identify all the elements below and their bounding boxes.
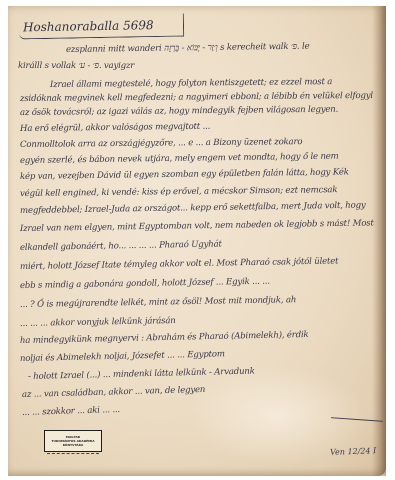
handwritten-line: ebb s mindig a gabonára gondoll, holott … [20,277,270,291]
handwritten-line: elkandell gabonáért, ho... ... ... ... P… [20,239,222,253]
handwritten-line: Ha erő elégrül, akkor valóságos megvajto… [20,122,210,134]
library-stamp: MAGYAR TUDOMÁNYOS AKADÉMIA KÖNYVTÁRA [44,430,102,452]
stamp-line: KÖNYVTÁRA [63,443,84,447]
bottom-note: Ven 12/24 I [330,446,377,457]
handwritten-line: egyén szerlé, és bábon nevek utjára, mel… [20,152,339,166]
handwritten-line: királll s vollak פ׳ - ע׳. vayigzr [18,60,134,71]
header-label: Hoshanoraballa 5698 [19,14,184,40]
handwritten-line: megfeddebbel; Izrael-Juda az országot...… [20,201,366,216]
handwritten-line: ... ... ... akkor vonyjuk lelkünk járásá… [20,316,176,329]
handwritten-line: végül kell engined, ki vendé: kiss ép er… [20,185,337,199]
handwritten-line: ... ... szokkor ... aki ... ... [22,405,120,418]
handwritten-line: ezsplanni mitt wanderi וְ׳זַר - יָּבּוֹא… [66,41,310,55]
handwritten-line: zsidóknak megvinek kell megfedezni; a na… [20,91,373,104]
handwritten-line: Conmolltolok arra az országjégyzőre, ...… [20,137,302,150]
handwritten-line: Izrael állami megtestelé, hogy folyton k… [50,77,332,90]
handwritten-line: miért, holott József Itate témyleg akkor… [20,256,339,272]
handwritten-line: az ősök továcsról; az igazi válás az, ho… [20,105,338,118]
handwritten-line: ... ? Ő is megújrarendte lelkét, mint az… [20,295,296,310]
manuscript-page: Hoshanoraballa 5698 ezsplanni mitt wande… [8,6,386,476]
handwritten-line: az ... van családban, akkor ... van, de … [22,385,206,400]
handwritten-line: ha mindegyikünk megnyervi : Abrahám és P… [20,330,309,346]
handwritten-line: Izrael van nem elgyen, mint Egyptomban v… [20,218,374,234]
handwritten-line: kép van, vezejben Dávid ül egyen szomban… [20,167,349,182]
handwritten-line: noljai és Abimelekh noljai, Józsefet ...… [20,349,225,364]
